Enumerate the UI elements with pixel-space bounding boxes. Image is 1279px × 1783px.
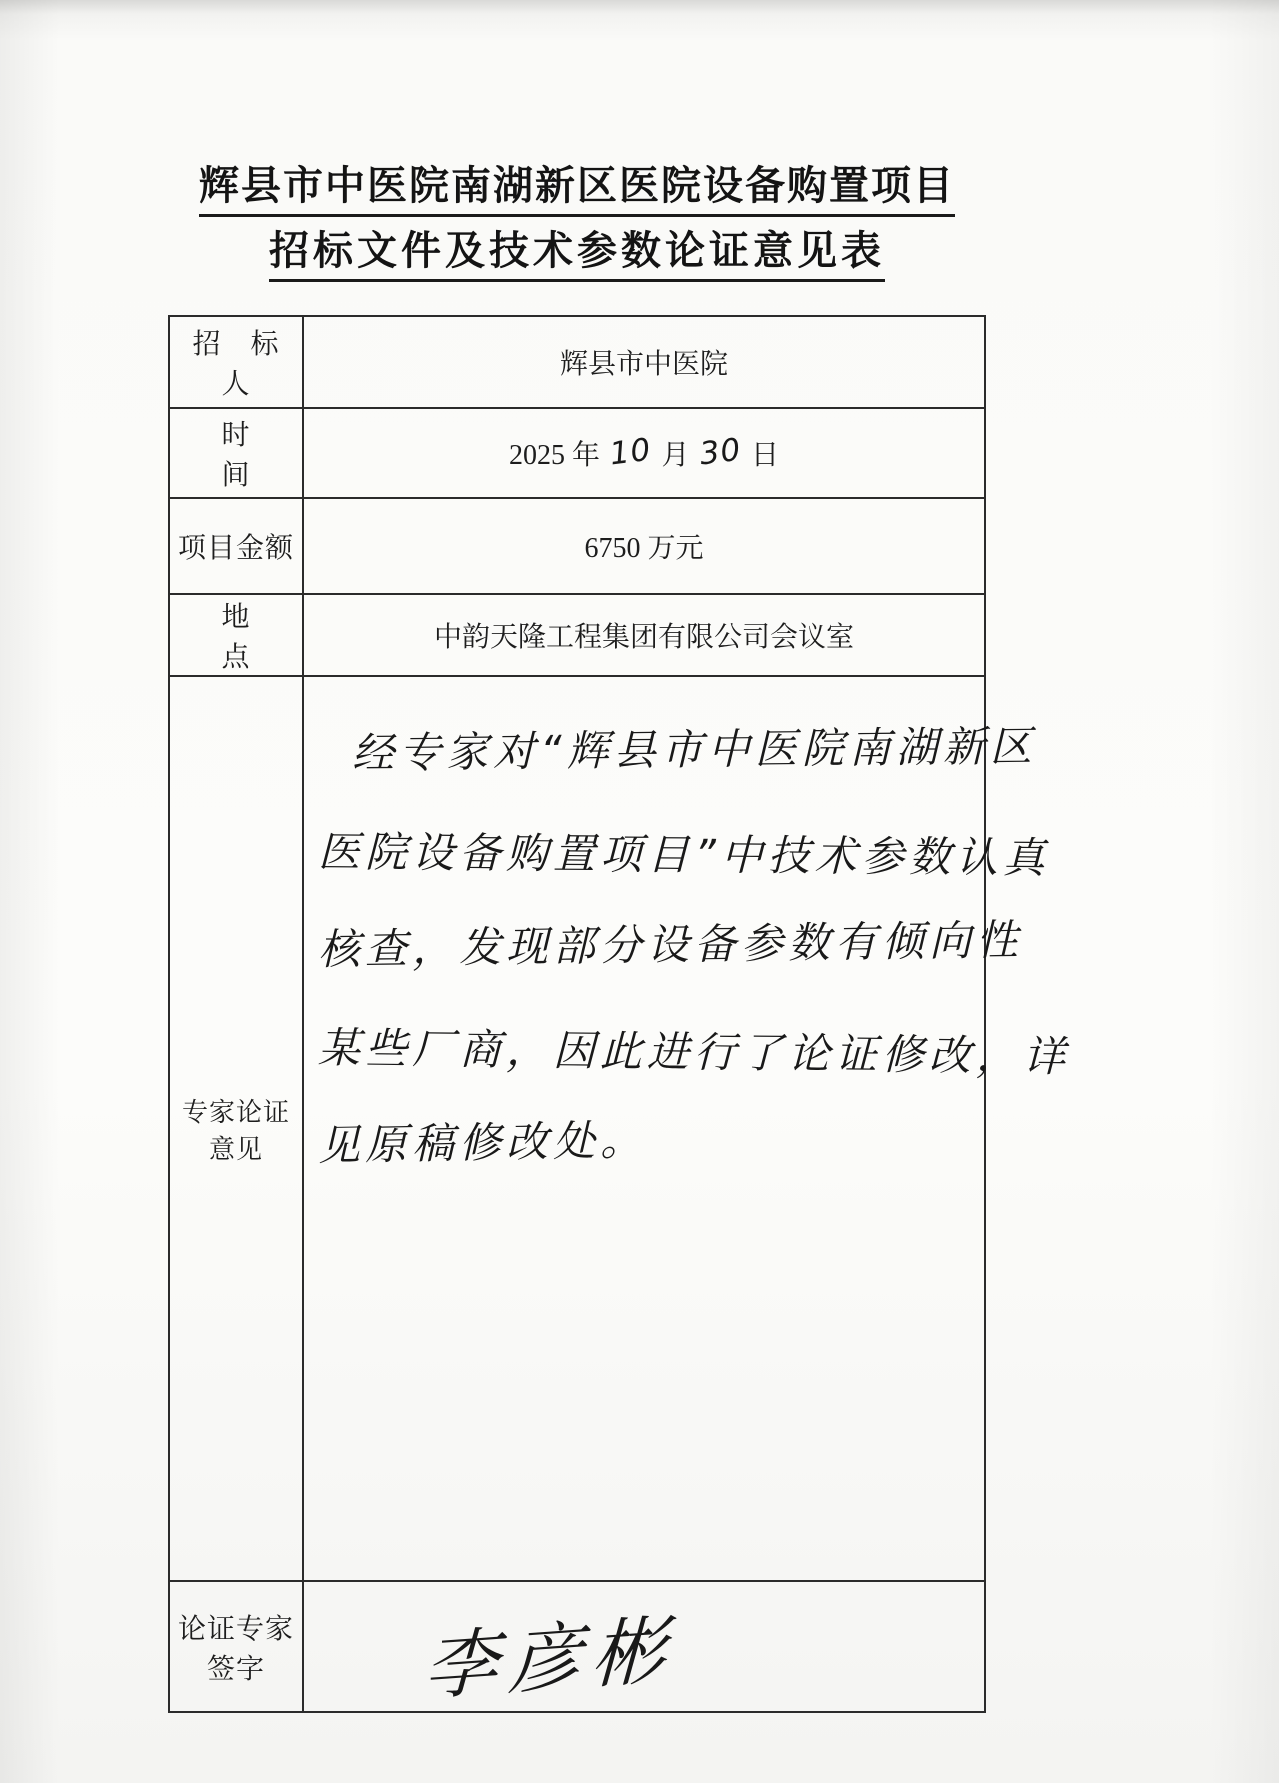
scanned-document-page: 辉县市中医院南湖新区医院设备购置项目 招标文件及技术参数论证意见表 招 标 人 … bbox=[0, 0, 1279, 1783]
time-day-unit: 日 bbox=[751, 440, 779, 471]
document-title-line-2: 招标文件及技术参数论证意见表 bbox=[269, 225, 885, 282]
time-year-printed: 2025 年 bbox=[509, 440, 600, 471]
table-row-expert-opinion: 专家论证意见 经专家对“辉县市中医院南湖新区 医院设备购置项目”中技术参数认真 … bbox=[169, 676, 985, 1581]
time-month-handwritten: 10 bbox=[608, 432, 654, 473]
table-row-bidder: 招 标 人 辉县市中医院 bbox=[169, 316, 985, 408]
amount-label: 项目金额 bbox=[169, 498, 303, 594]
table-row-expert-signature: 论证专家签字 李彦彬 bbox=[169, 1581, 985, 1712]
signature-cell: 李彦彬 bbox=[303, 1581, 985, 1712]
signature-label: 论证专家签字 bbox=[169, 1581, 303, 1712]
expert-opinion-cell: 经专家对“辉县市中医院南湖新区 医院设备购置项目”中技术参数认真 核查，发现部分… bbox=[303, 676, 985, 1581]
document-title-block: 辉县市中医院南湖新区医院设备购置项目 招标文件及技术参数论证意见表 bbox=[168, 160, 986, 282]
opinion-form-table: 招 标 人 辉县市中医院 时 间 2025 年 10 月 30 日 项目金额 6… bbox=[168, 315, 986, 1713]
table-row-amount: 项目金额 6750 万元 bbox=[169, 498, 985, 594]
document-title-line-1: 辉县市中医院南湖新区医院设备购置项目 bbox=[199, 160, 955, 217]
time-month-unit: 月 bbox=[661, 440, 689, 471]
expert-opinion-handwritten-text: 经专家对“辉县市中医院南湖新区 医院设备购置项目”中技术参数认真 核查，发现部分… bbox=[318, 705, 978, 1195]
opinion-line-2: 医院设备购置项目”中技术参数认真 bbox=[318, 803, 979, 907]
time-value: 2025 年 10 月 30 日 bbox=[303, 408, 985, 498]
bidder-label: 招 标 人 bbox=[169, 316, 303, 408]
amount-value: 6750 万元 bbox=[303, 498, 985, 594]
bidder-value: 辉县市中医院 bbox=[303, 316, 985, 408]
location-value: 中韵天隆工程集团有限公司会议室 bbox=[303, 594, 985, 676]
table-row-location: 地 点 中韵天隆工程集团有限公司会议室 bbox=[169, 594, 985, 676]
table-row-time: 时 间 2025 年 10 月 30 日 bbox=[169, 408, 985, 498]
time-label: 时 间 bbox=[169, 408, 303, 498]
expert-signature-handwritten: 李彦彬 bbox=[422, 1591, 677, 1715]
opinion-line-3: 核查，发现部分设备参数有倾向性 bbox=[317, 892, 978, 999]
opinion-line-5: 见原稿修改处。 bbox=[317, 1085, 979, 1195]
expert-opinion-label: 专家论证意见 bbox=[169, 676, 303, 1581]
time-day-handwritten: 30 bbox=[697, 432, 743, 473]
location-label: 地 点 bbox=[169, 594, 303, 676]
opinion-line-1: 经专家对“辉县市中医院南湖新区 bbox=[317, 698, 978, 803]
